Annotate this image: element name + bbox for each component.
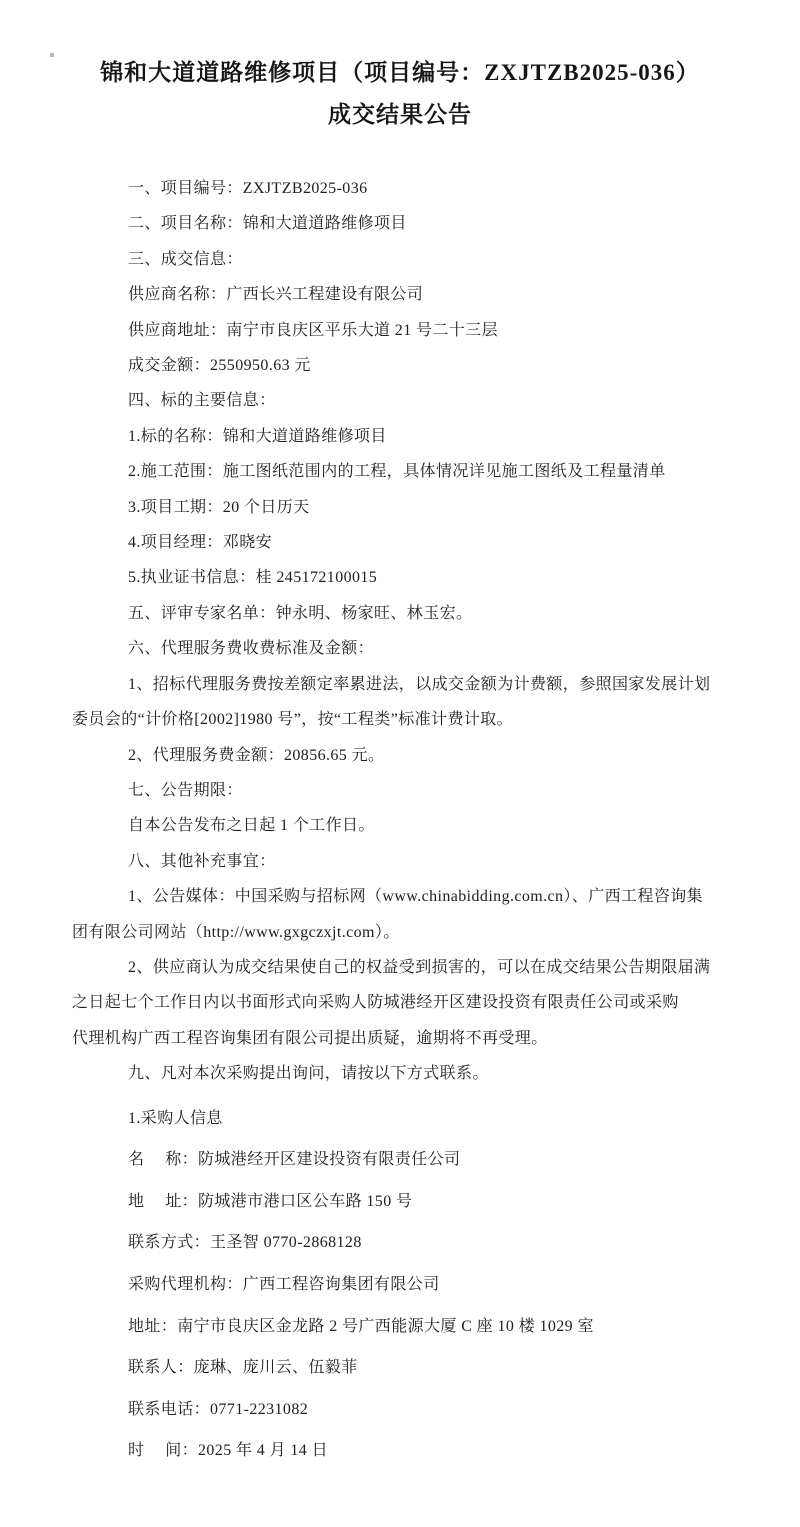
text-line: 1、公告媒体：中国采购与招标网（www.chinabidding.com.cn）… (72, 879, 740, 914)
document-body: 一、项目编号：ZXJTZB2025-036二、项目名称：锦和大道道路维修项目三、… (0, 171, 800, 1472)
document-page: 锦和大道道路维修项目（项目编号：ZXJTZB2025-036） 成交结果公告 一… (0, 0, 800, 1527)
text-line: 地址：南宁市良庆区金龙路 2 号广西能源大厦 C 座 10 楼 1029 室 (72, 1306, 740, 1348)
text-line: 供应商地址：南宁市良庆区平乐大道 21 号二十三层 (72, 313, 740, 348)
text-line: 联系电话：0771-2231082 (72, 1389, 740, 1431)
text-line: 1.标的名称：锦和大道道路维修项目 (72, 419, 740, 454)
text-line: 一、项目编号：ZXJTZB2025-036 (72, 171, 740, 206)
text-line: 代理机构广西工程咨询集团有限公司提出质疑，逾期将不再受理。 (72, 1021, 740, 1056)
text-line: 联系方式：王圣智 0770-2868128 (72, 1222, 740, 1264)
text-line: 委员会的“计价格[2002]1980 号”，按“工程类”标准计费计取。 (72, 702, 740, 737)
text-line: 采购代理机构：广西工程咨询集团有限公司 (72, 1264, 740, 1306)
stray-mark-icon (50, 53, 54, 57)
text-line: 之日起七个工作日内以书面形式向采购人防城港经开区建设投资有限责任公司或采购 (72, 985, 740, 1020)
text-line: 2、代理服务费金额：20856.65 元。 (72, 738, 740, 773)
text-line: 联系人：庞琳、庞川云、伍毅菲 (72, 1347, 740, 1389)
text-line: 2、供应商认为成交结果使自己的权益受到损害的，可以在成交结果公告期限届满 (72, 950, 740, 985)
text-line: 八、其他补充事宜： (72, 844, 740, 879)
title-line-2: 成交结果公告 (0, 94, 800, 136)
text-line: 地 址：防城港市港口区公车路 150 号 (72, 1181, 740, 1223)
text-line: 3.项目工期：20 个日历天 (72, 490, 740, 525)
text-line: 四、标的主要信息： (72, 383, 740, 418)
document-title: 锦和大道道路维修项目（项目编号：ZXJTZB2025-036） 成交结果公告 (0, 52, 800, 136)
text-line: 团有限公司网站（http://www.gxgczxjt.com）。 (72, 915, 740, 950)
text-line: 供应商名称：广西长兴工程建设有限公司 (72, 277, 740, 312)
text-line: 1、招标代理服务费按差额定率累进法，以成交金额为计费额，参照国家发展计划 (72, 667, 740, 702)
text-line: 名 称：防城港经开区建设投资有限责任公司 (72, 1139, 740, 1181)
text-line: 六、代理服务费收费标准及金额： (72, 631, 740, 666)
text-line: 5.执业证书信息：桂 245172100015 (72, 560, 740, 595)
text-line: 三、成交信息： (72, 242, 740, 277)
title-line-1: 锦和大道道路维修项目（项目编号：ZXJTZB2025-036） (0, 52, 800, 94)
text-line: 二、项目名称：锦和大道道路维修项目 (72, 206, 740, 241)
text-line: 时 间：2025 年 4 月 14 日 (72, 1430, 740, 1472)
text-line: 成交金额：2550950.63 元 (72, 348, 740, 383)
text-line: 九、凡对本次采购提出询问，请按以下方式联系。 (72, 1056, 740, 1091)
text-line: 七、公告期限： (72, 773, 740, 808)
text-line: 2.施工范围：施工图纸范围内的工程，具体情况详见施工图纸及工程量清单 (72, 454, 740, 489)
text-line: 自本公告发布之日起 1 个工作日。 (72, 808, 740, 843)
text-line: 1.采购人信息 (72, 1098, 740, 1140)
text-line: 五、评审专家名单：钟永明、杨家旺、林玉宏。 (72, 596, 740, 631)
text-line: 4.项目经理：邓晓安 (72, 525, 740, 560)
